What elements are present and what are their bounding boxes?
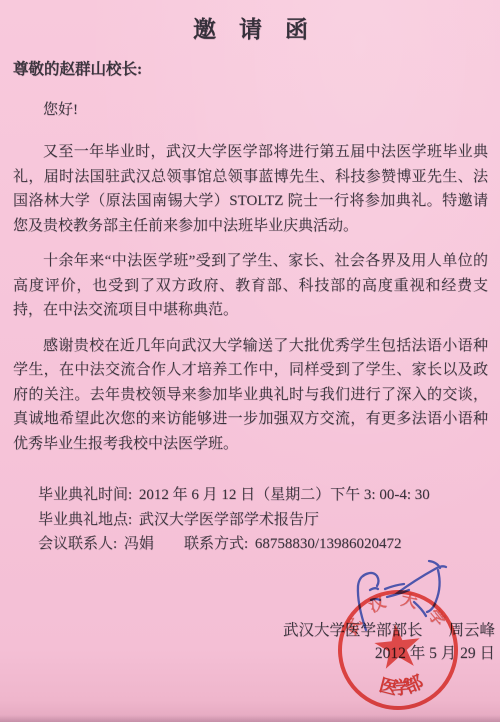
phone-label: 联系方式: <box>184 536 248 552</box>
contact-name: 冯娟 <box>124 536 154 552</box>
letter-body: 邀 请 函 尊敬的赵群山校长: 您好! 又至一年毕业时，武汉大学医学部将进行第五… <box>0 0 500 557</box>
seal-bottom-text: 医学部 <box>375 670 427 701</box>
letter-title: 邀 请 函 <box>13 14 488 46</box>
ceremony-time-value: 2012 年 6 月 12 日（星期二）下午 3: 00-4: 30 <box>139 487 430 503</box>
salutation: 尊敬的赵群山校长: <box>13 59 488 81</box>
greeting: 您好! <box>13 99 488 121</box>
signature-strokes <box>358 561 446 630</box>
ceremony-place-line: 毕业典礼地点:武汉大学医学部学术报告厅 <box>38 508 488 533</box>
handwritten-signature <box>330 550 480 640</box>
ceremony-place-value: 武汉大学医学部学术报告厅 <box>139 512 319 528</box>
ceremony-time-line: 毕业典礼时间:2012 年 6 月 12 日（星期二）下午 3: 00-4: 3… <box>38 483 488 508</box>
contact-label: 会议联系人: <box>38 536 117 552</box>
paragraph-2: 十余年来“中法医学班”受到了学生、家长、社会各界及用人单位的高度评价，也受到了双… <box>13 249 488 323</box>
scan-edge-shadow <box>0 715 500 722</box>
invitation-letter-page: 邀 请 函 尊敬的赵群山校长: 您好! 又至一年毕业时，武汉大学医学部将进行第五… <box>0 0 500 722</box>
ceremony-details: 毕业典礼时间:2012 年 6 月 12 日（星期二）下午 3: 00-4: 3… <box>38 483 488 557</box>
ceremony-time-label: 毕业典礼时间: <box>38 487 132 503</box>
paragraph-1: 又至一年毕业时，武汉大学医学部将进行第五届中法医学班毕业典礼，届时法国驻武汉总领… <box>13 140 488 238</box>
ceremony-place-label: 毕业典礼地点: <box>38 512 132 528</box>
paragraph-3: 感谢贵校在近几年向武汉大学输送了大批优秀学生包括法语小语种学生，在中法交流合作人… <box>13 334 488 457</box>
